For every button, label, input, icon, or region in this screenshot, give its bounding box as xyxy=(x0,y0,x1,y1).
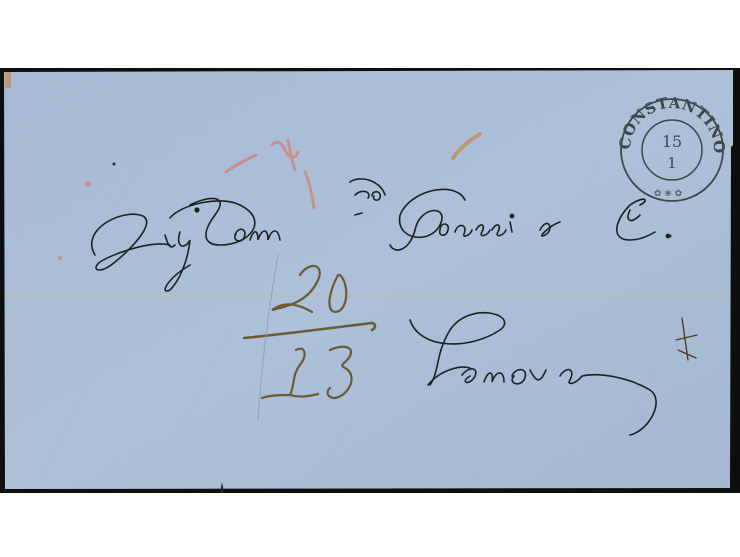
ink-dot xyxy=(113,163,116,166)
corner-stain xyxy=(5,72,11,88)
ink-dot xyxy=(669,235,672,238)
postmark-month: 1 xyxy=(667,154,677,172)
svg-text:✿ ❀ ✿: ✿ ❀ ✿ xyxy=(654,189,683,199)
postal-cover-scene: CONSTANTINOPEL 15 1 ✿ ❀ ✿ xyxy=(0,0,740,557)
postmark-day: 15 xyxy=(662,132,682,151)
